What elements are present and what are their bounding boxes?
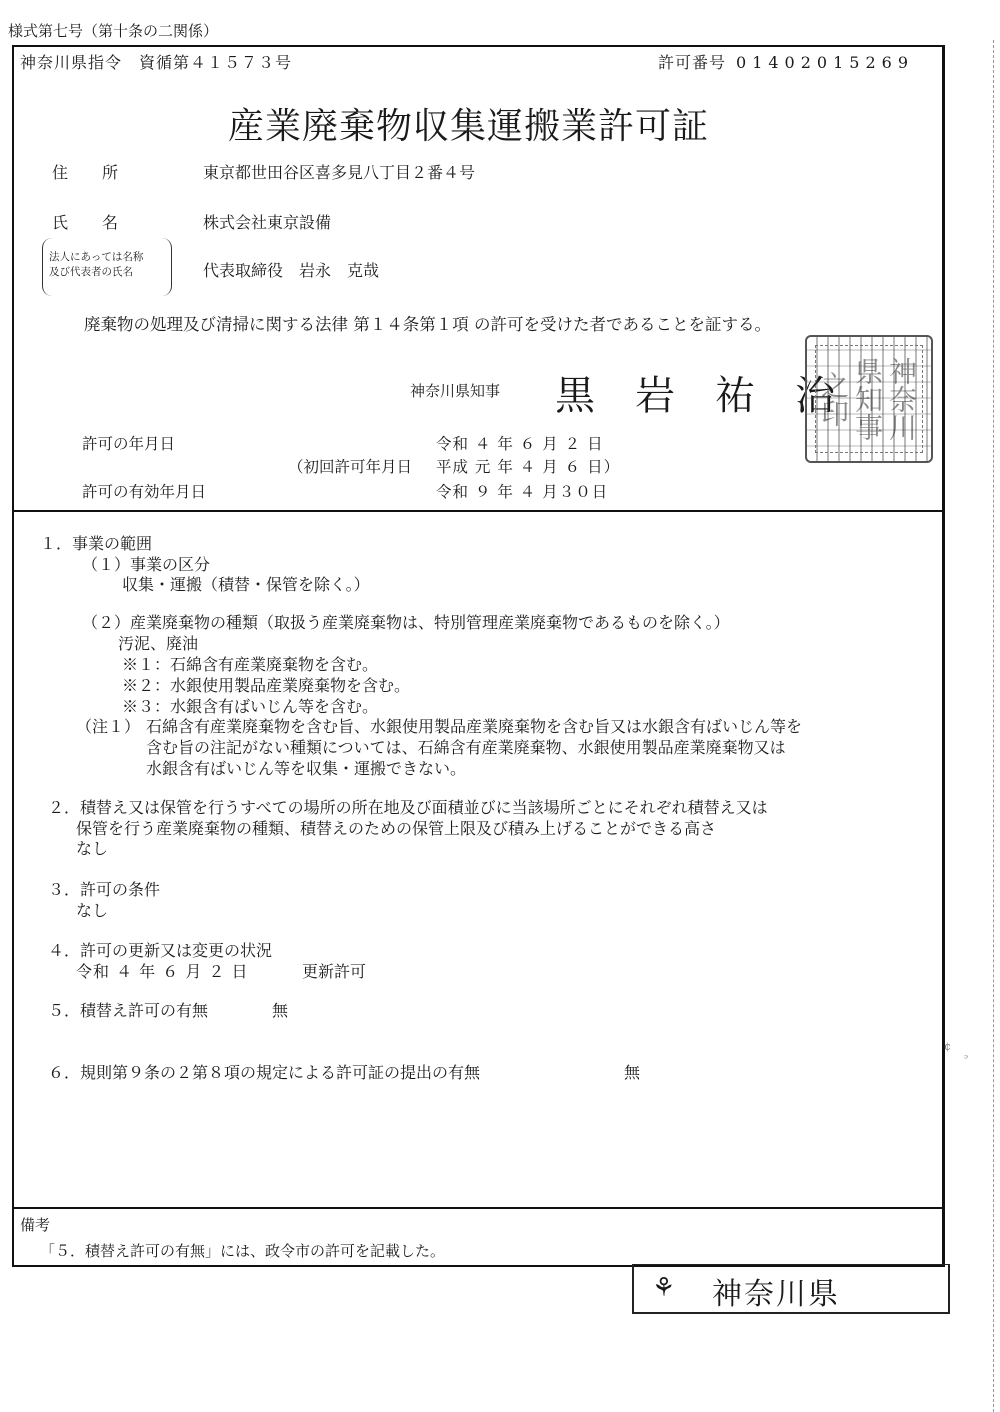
corporate-note-line2: 及び代表者の氏名 <box>43 265 171 280</box>
section-1-note-3: ※３：水銀含有ばいじん等を含む。 <box>122 696 378 718</box>
corporate-note: 法人にあっては名称 及び代表者の氏名 <box>42 238 172 296</box>
valid-until-value: 令和 ９ 年 ４ 月３０日 <box>436 480 608 502</box>
permit-date-value: 令和 ４ 年 ６ 月 ２ 日 <box>436 432 604 454</box>
scan-speck: ᵓ <box>964 1052 968 1065</box>
issuer-name: 神奈川県 <box>712 1269 840 1313</box>
remarks-text: 「５．積替え許可の有無」には、政令市の許可を記載した。 <box>40 1240 445 1261</box>
permit-date-label: 許可の年月日 <box>82 432 175 454</box>
section-2-heading-line-1: ２．積替え又は保管を行うすべての場所の所在地及び面積並びに当該場所ごとにそれぞれ… <box>48 797 768 819</box>
initial-date-value: 平成 元 年 ４ 月 ６ 日） <box>436 455 620 477</box>
address-value: 東京都世田谷区喜多見八丁目２番４号 <box>203 160 475 183</box>
official-seal: 神奈川県知事之印 <box>805 335 933 463</box>
permit-number-value: 01402015269 <box>736 53 914 72</box>
governor-title: 神奈川県知事 <box>410 380 500 401</box>
section-5-value: 無 <box>272 1000 288 1022</box>
name-label: 氏名 <box>52 210 152 233</box>
page-edge <box>993 40 994 1412</box>
section-3-heading: ３．許可の条件 <box>48 879 160 901</box>
section-1-sub1-value: 収集・運搬（積替・保管を除く。） <box>122 574 370 596</box>
section-6-value: 無 <box>624 1062 640 1084</box>
order-number: 神奈川県指令 資循第４１５７３号 <box>20 50 292 73</box>
certification-text: 廃棄物の処理及び清掃に関する法律 第１４条第１項 の許可を受けた者であることを証… <box>84 311 771 335</box>
prefecture-emblem-icon: ⚘ <box>652 1273 682 1303</box>
seal-text: 神奈川県知事之印 <box>815 345 923 453</box>
corporate-note-line1: 法人にあっては名称 <box>43 250 171 265</box>
permit-number-label: 許可番号 <box>658 53 726 72</box>
scan-speck: ¢ <box>944 1040 951 1053</box>
section-1-note-2: ※２：水銀使用製品産業廃棄物を含む。 <box>122 675 410 697</box>
section-2-heading-line-2: 保管を行う産業廃棄物の種類、積替えのための保管上限及び積み上げることができる高さ <box>76 818 716 840</box>
section-4-heading: ４．許可の更新又は変更の状況 <box>48 940 272 962</box>
section-1-note-1: ※１：石綿含有産業廃棄物を含む。 <box>122 654 378 676</box>
section-3-value: なし <box>76 900 108 922</box>
section-4-date: 令和 ４ 年 ６ 月 ２ 日 <box>76 961 249 983</box>
address-label: 住所 <box>52 160 152 183</box>
permit-number: 許可番号01402015269 <box>658 50 914 73</box>
document-title: 産業廃棄物収集運搬業許可証 <box>228 98 709 149</box>
initial-date-label: （初回許可年月日 <box>288 455 412 477</box>
section-1-caution-label: （注１） <box>76 716 140 738</box>
section-1-caution-line-1: 石綿含有産業廃棄物を含む旨、水銀使用製品産業廃棄物を含む旨又は水銀含有ばいじん等… <box>146 716 802 738</box>
name-value: 株式会社東京設備 <box>203 210 331 233</box>
section-1-sub2-value: 汚泥、廃油 <box>118 633 198 655</box>
section-1-sub1-heading: （１）事業の区分 <box>82 554 210 576</box>
remarks-title: 備考 <box>20 1214 50 1235</box>
section-1-caution-line-3: 水銀含有ばいじん等を収集・運搬できない。 <box>146 758 466 780</box>
issuer-box: ⚘ 神奈川県 <box>632 1264 950 1314</box>
section-2-value: なし <box>76 838 108 860</box>
section-1-caution-line-2: 含む旨の注記がない種類については、石綿含有産業廃棄物、水銀使用製品産業廃棄物又は <box>146 737 786 759</box>
section-4-value: 更新許可 <box>302 961 366 983</box>
representative-value: 代表取締役 岩永 克哉 <box>203 258 379 281</box>
valid-until-label: 許可の有効年月日 <box>82 480 206 502</box>
section-1-sub2-heading: （２）産業廃棄物の種類（取扱う産業廃棄物は、特別管理産業廃棄物であるものを除く。… <box>82 612 730 634</box>
section-6-heading: ６．規則第９条の２第８項の規定による許可証の提出の有無 <box>48 1062 480 1084</box>
form-note: 様式第七号（第十条の二関係） <box>8 20 218 41</box>
section-5-heading: ５．積替え許可の有無 <box>48 1000 208 1022</box>
section-1-heading: １．事業の範囲 <box>40 533 152 555</box>
